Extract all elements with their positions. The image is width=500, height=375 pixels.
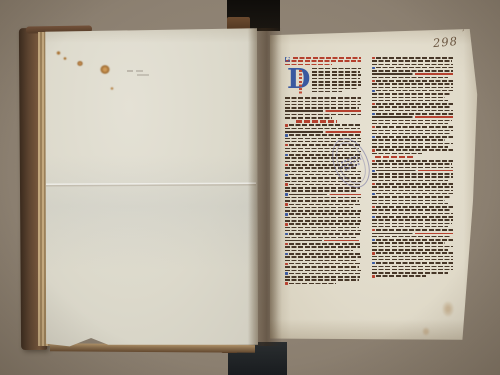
text-line bbox=[285, 276, 360, 278]
text-line bbox=[376, 57, 453, 59]
text-line bbox=[372, 203, 448, 205]
text-line bbox=[372, 116, 453, 118]
text-line bbox=[289, 204, 361, 206]
text-line bbox=[372, 146, 448, 148]
text-line bbox=[312, 84, 361, 86]
text-line bbox=[376, 239, 453, 241]
text-line bbox=[372, 266, 453, 268]
text-line bbox=[372, 256, 453, 258]
text-line bbox=[289, 124, 361, 126]
text-line bbox=[285, 117, 332, 119]
text-line bbox=[372, 77, 448, 79]
text-line bbox=[372, 242, 445, 244]
text-line bbox=[285, 246, 360, 248]
text-line bbox=[372, 139, 445, 141]
left-page-blank bbox=[44, 27, 258, 347]
text-line bbox=[372, 219, 453, 221]
text-line bbox=[289, 243, 361, 245]
text-line bbox=[372, 73, 453, 75]
text-line bbox=[372, 186, 453, 188]
text-line bbox=[376, 90, 453, 92]
opening-lines bbox=[312, 67, 361, 94]
rubric-initial-letter: G bbox=[285, 57, 290, 64]
text-line bbox=[376, 183, 453, 185]
text-line bbox=[289, 283, 336, 285]
text-line bbox=[372, 163, 452, 165]
text-line bbox=[285, 107, 359, 109]
text-line bbox=[372, 120, 452, 122]
text-line bbox=[285, 60, 361, 62]
text-line bbox=[312, 81, 361, 83]
text-line bbox=[312, 91, 342, 93]
text-line bbox=[285, 187, 360, 189]
text-line bbox=[312, 78, 360, 80]
text-line bbox=[285, 200, 359, 202]
text-line bbox=[372, 176, 453, 178]
text-line bbox=[372, 246, 453, 248]
text-line bbox=[372, 87, 453, 89]
text-line bbox=[285, 217, 360, 219]
text-line bbox=[372, 209, 451, 211]
text-line bbox=[372, 272, 448, 274]
text-line bbox=[372, 110, 453, 112]
right-page-text: 298 ’ G D bbox=[270, 29, 478, 341]
text-line bbox=[285, 101, 360, 103]
stain-spot bbox=[422, 327, 430, 336]
text-line bbox=[372, 93, 451, 95]
text-line bbox=[372, 60, 452, 62]
text-line bbox=[376, 275, 426, 277]
text-line bbox=[372, 190, 453, 192]
text-line bbox=[372, 143, 453, 145]
text-line bbox=[376, 206, 453, 208]
text-line bbox=[376, 67, 453, 69]
text-line bbox=[285, 131, 361, 133]
text-line bbox=[285, 190, 356, 192]
text-line bbox=[376, 170, 453, 172]
text-line bbox=[376, 216, 453, 218]
text-line bbox=[372, 153, 422, 155]
text-line bbox=[285, 104, 361, 106]
text-line bbox=[285, 279, 359, 281]
text-line bbox=[312, 68, 361, 70]
text-line bbox=[285, 227, 359, 229]
text-line bbox=[293, 57, 361, 59]
text-line bbox=[372, 226, 448, 228]
stamp-text-line bbox=[340, 158, 361, 168]
manuscript-photo: 298 ’ G D bbox=[0, 0, 500, 375]
stain-spot bbox=[63, 57, 67, 60]
text-line bbox=[376, 160, 453, 162]
text-line bbox=[372, 83, 453, 85]
text-line bbox=[372, 97, 445, 99]
text-line bbox=[372, 133, 451, 135]
text-line bbox=[289, 233, 361, 235]
text-line bbox=[376, 80, 453, 82]
text-line bbox=[372, 173, 453, 175]
opening-passage: D bbox=[285, 67, 361, 96]
stain-spot bbox=[100, 65, 110, 74]
text-line bbox=[289, 263, 361, 265]
text-line bbox=[285, 210, 361, 212]
text-line bbox=[285, 266, 359, 268]
text-line bbox=[285, 97, 361, 99]
text-line bbox=[285, 197, 361, 199]
text-line bbox=[285, 250, 353, 252]
text-line bbox=[372, 180, 448, 182]
text-line bbox=[372, 236, 451, 238]
parchment-crease bbox=[46, 182, 256, 186]
text-line bbox=[285, 230, 361, 232]
text-line bbox=[372, 70, 453, 72]
text-line bbox=[285, 110, 361, 112]
text-line bbox=[372, 200, 445, 202]
text-line bbox=[289, 273, 361, 275]
text-line bbox=[289, 223, 361, 225]
text-line bbox=[376, 136, 453, 138]
text-line bbox=[285, 237, 356, 239]
text-line bbox=[372, 100, 448, 102]
text-line bbox=[372, 259, 453, 261]
text-line bbox=[376, 229, 453, 231]
text-line bbox=[376, 149, 453, 151]
text-line bbox=[376, 193, 453, 195]
text-line bbox=[312, 74, 361, 76]
text-line bbox=[289, 213, 360, 215]
paragraph bbox=[372, 57, 453, 154]
text-line bbox=[312, 88, 358, 90]
folio-number: 298 bbox=[432, 34, 458, 50]
text-line bbox=[285, 256, 361, 258]
text-line bbox=[376, 262, 453, 264]
stain-spot bbox=[110, 87, 114, 90]
text-line bbox=[285, 207, 353, 209]
text-line bbox=[372, 213, 453, 215]
paragraph bbox=[372, 160, 453, 277]
text-line bbox=[289, 253, 361, 255]
text-line bbox=[372, 106, 451, 108]
stain-spot bbox=[56, 51, 61, 55]
rubric-heading bbox=[375, 156, 414, 159]
corner-pen-mark: ’ bbox=[462, 29, 464, 37]
text-line bbox=[372, 196, 451, 198]
text-line bbox=[372, 167, 453, 169]
stain-spot bbox=[442, 301, 454, 317]
text-line bbox=[372, 123, 448, 125]
text-line bbox=[285, 270, 361, 272]
text-line bbox=[312, 71, 360, 73]
text-line bbox=[285, 128, 360, 130]
text-line bbox=[372, 130, 453, 132]
stain-spot bbox=[77, 61, 83, 66]
text-line bbox=[285, 260, 356, 262]
text-line bbox=[376, 113, 453, 115]
text-line bbox=[376, 103, 453, 105]
text-line bbox=[285, 114, 361, 116]
paragraph bbox=[285, 97, 361, 118]
text-line bbox=[372, 269, 453, 271]
text-line bbox=[376, 252, 453, 254]
text-line bbox=[372, 249, 448, 251]
ink-offset-smudge bbox=[127, 69, 151, 76]
text-line bbox=[289, 134, 361, 136]
text-line bbox=[372, 223, 452, 225]
rubric-heading bbox=[296, 120, 338, 123]
text-column-right bbox=[372, 57, 453, 285]
penwork-flourish bbox=[299, 70, 302, 94]
stamp-text-line bbox=[341, 155, 358, 163]
text-line bbox=[285, 240, 359, 242]
text-line bbox=[376, 126, 453, 128]
decorated-initial: D bbox=[285, 67, 312, 96]
text-line bbox=[372, 64, 453, 66]
text-line bbox=[285, 220, 361, 222]
text-line bbox=[289, 194, 361, 196]
text-line bbox=[372, 233, 453, 235]
stamp-text-line bbox=[345, 163, 360, 171]
